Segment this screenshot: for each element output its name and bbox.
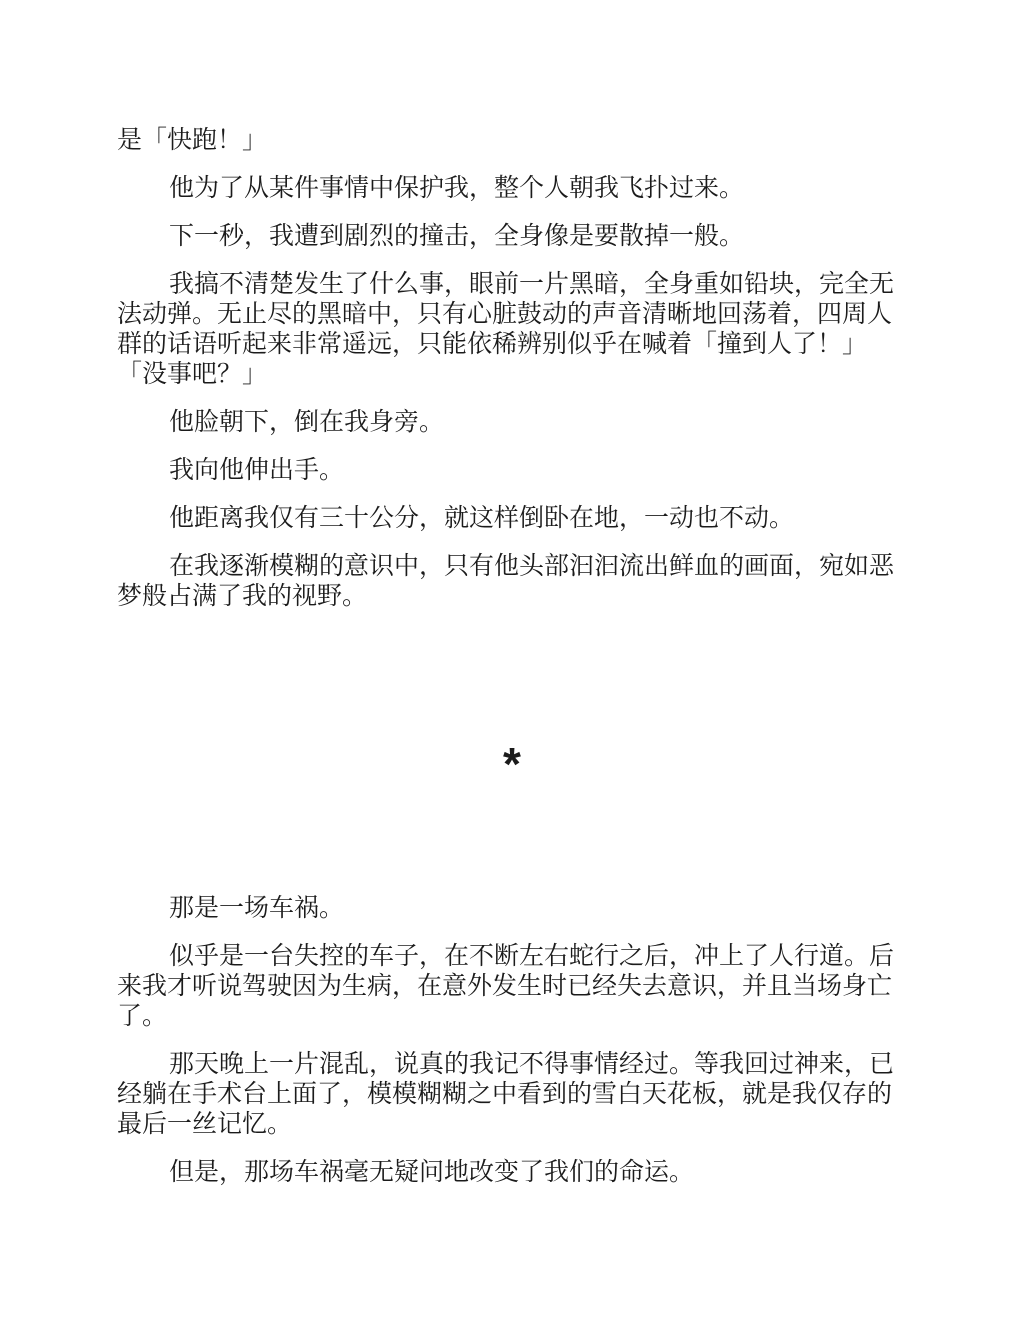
paragraph: 他距离我仅有三十公分，就这样倒卧在地，一动也不动。 <box>117 503 907 533</box>
paragraph: 但是，那场车祸毫无疑问地改变了我们的命运。 <box>117 1157 907 1187</box>
paragraph: 那天晚上一片混乱，说真的我记不得事情经过。等我回过神来，已 经躺在手术台上面了，… <box>117 1049 907 1139</box>
paragraph: 下一秒，我遭到剧烈的撞击，全身像是要散掉一般。 <box>117 221 907 251</box>
section-break-asterisk: * <box>117 739 907 789</box>
paragraph: 我搞不清楚发生了什么事，眼前一片黑暗，全身重如铅块，完全无 法动弹。无止尽的黑暗… <box>117 269 907 389</box>
paragraph: 他脸朝下，倒在我身旁。 <box>117 407 907 437</box>
paragraph: 他为了从某件事情中保护我，整个人朝我飞扑过来。 <box>117 173 907 203</box>
paragraph: 在我逐渐模糊的意识中，只有他头部汩汩流出鲜血的画面，宛如恶 梦般占满了我的视野。 <box>117 551 907 611</box>
paragraph: 似乎是一台失控的车子，在不断左右蛇行之后，冲上了人行道。后 来我才听说驾驶因为生… <box>117 941 907 1031</box>
paragraph: 那是一场车祸。 <box>117 893 907 923</box>
novel-page: 是「快跑！」他为了从某件事情中保护我，整个人朝我飞扑过来。下一秒，我遭到剧烈的撞… <box>0 0 1020 1320</box>
text-column: 是「快跑！」他为了从某件事情中保护我，整个人朝我飞扑过来。下一秒，我遭到剧烈的撞… <box>117 125 907 1205</box>
paragraph: 我向他伸出手。 <box>117 455 907 485</box>
paragraph: 是「快跑！」 <box>117 125 907 155</box>
